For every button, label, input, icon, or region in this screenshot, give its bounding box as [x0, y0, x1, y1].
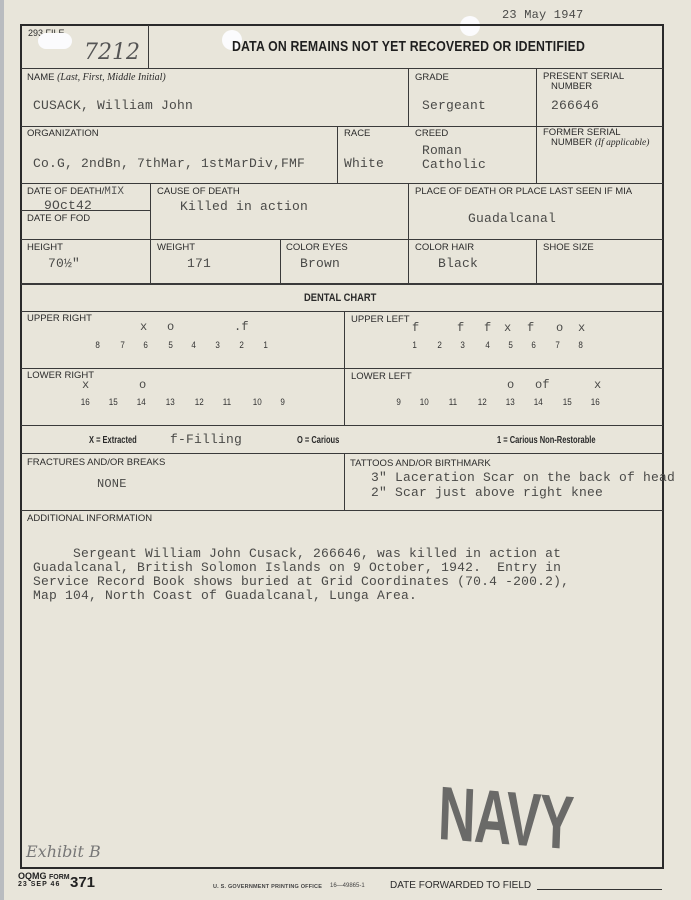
organization-value: Co.G, 2ndBn, 7thMar, 1stMarDiv,FMF — [33, 156, 305, 171]
tooth-mark: o — [139, 378, 146, 392]
tooth-number: 8 — [95, 340, 100, 351]
redaction-blot — [38, 33, 72, 49]
tattoos-line2: 2" Scar just above right knee — [371, 485, 603, 500]
former-serial-label: FORMER SERIAL NUMBER (If applicable) — [543, 128, 649, 148]
tooth-mark: x — [140, 320, 147, 334]
tooth-number: 10 — [420, 397, 429, 408]
tooth-mark: x — [504, 321, 511, 335]
place-of-death-value: Guadalcanal — [468, 211, 556, 226]
tooth-number: 10 — [253, 397, 262, 408]
document-page: 23 May 1947 293 FILE 7212 DATA ON REMAIN… — [0, 0, 691, 900]
tooth-number: 16 — [591, 397, 600, 408]
handwritten-exhibit: Exhibit B — [26, 842, 101, 861]
divider — [408, 183, 409, 283]
tooth-number: 8 — [578, 340, 583, 351]
tooth-number: 1 — [263, 340, 268, 351]
divider — [280, 239, 281, 283]
divider — [21, 453, 663, 454]
tooth-number: 5 — [508, 340, 513, 351]
tooth-number: 11 — [449, 397, 457, 408]
height-value: 70½" — [48, 256, 80, 271]
file-number-handwritten: 7212 — [84, 40, 140, 65]
date-of-death-label: DATE OF DEATH/MIX — [27, 186, 124, 198]
tooth-mark: o — [556, 321, 563, 335]
additional-info-label: ADDITIONAL INFORMATION — [27, 513, 152, 524]
fractures-label: FRACTURES AND/OR BREAKS — [27, 457, 165, 468]
upper-right-label: UPPER RIGHT — [27, 313, 92, 324]
additional-info-line: Service Record Book shows buried at Grid… — [33, 574, 569, 589]
tooth-number: 9 — [280, 397, 285, 408]
scan-edge — [0, 0, 4, 900]
tooth-number: 16 — [81, 397, 90, 408]
tooth-number: 14 — [137, 397, 146, 408]
tooth-number: 15 — [109, 397, 118, 408]
tooth-mark: .f — [234, 320, 249, 334]
divider — [21, 210, 150, 211]
race-label: RACE — [344, 128, 370, 139]
date-forwarded-label: DATE FORWARDED TO FIELD — [390, 880, 531, 891]
height-label: HEIGHT — [27, 242, 63, 253]
shoe-size-label: SHOE SIZE — [543, 242, 594, 253]
divider — [536, 239, 537, 283]
creed-label: CREED — [415, 128, 448, 139]
tooth-number: 12 — [195, 397, 204, 408]
place-of-death-label: PLACE OF DEATH OR PLACE LAST SEEN IF MIA — [415, 186, 632, 197]
divider — [150, 239, 151, 283]
grade-value: Sergeant — [422, 98, 486, 113]
weight-label: WEIGHT — [157, 242, 195, 253]
tooth-mark: x — [594, 378, 601, 392]
name-label: NAME (Last, First, Middle Initial) — [27, 72, 166, 83]
divider — [344, 453, 345, 510]
color-eyes-value: Brown — [300, 256, 340, 271]
divider — [21, 425, 663, 426]
additional-info-line: Sergeant William John Cusack, 266646, wa… — [33, 546, 561, 561]
present-serial-label: PRESENT SERIAL NUMBER — [543, 72, 624, 92]
tattoos-line1: 3" Laceration Scar on the back of head — [371, 470, 675, 485]
tooth-number: 6 — [531, 340, 536, 351]
present-serial-value: 266646 — [551, 98, 599, 113]
tooth-number: 11 — [223, 397, 231, 408]
race-value: White — [344, 156, 384, 171]
form-frame — [20, 24, 664, 869]
organization-label: ORGANIZATION — [27, 128, 99, 139]
tooth-mark: x — [578, 321, 585, 335]
tooth-number: 13 — [506, 397, 515, 408]
print-code: 16—49865-1 — [330, 883, 365, 889]
tooth-number: 7 — [555, 340, 560, 351]
divider — [21, 183, 663, 184]
lower-left-label: LOWER LEFT — [351, 371, 412, 382]
navy-stamp: NAVY — [437, 770, 574, 867]
tooth-number: 2 — [239, 340, 244, 351]
divider — [21, 368, 663, 369]
tooth-mark: o — [167, 320, 174, 334]
date-forwarded-field[interactable] — [537, 889, 662, 890]
name-value: CUSACK, William John — [33, 98, 193, 113]
creed-value-line1: Roman — [422, 143, 462, 158]
tooth-number: 1 — [412, 340, 417, 351]
tooth-mark: f — [457, 321, 464, 335]
divider — [21, 68, 663, 69]
tooth-mark: f — [484, 321, 491, 335]
tooth-mark: of — [535, 378, 550, 392]
tooth-mark: x — [82, 378, 89, 392]
divider — [408, 68, 409, 126]
divider — [21, 311, 663, 312]
form-title: DATA ON REMAINS NOT YET RECOVERED OR IDE… — [232, 38, 585, 55]
upper-left-label: UPPER LEFT — [351, 314, 410, 325]
tooth-number: 12 — [478, 397, 487, 408]
legend-filling: f-Filling — [170, 432, 242, 447]
tooth-number: 2 — [437, 340, 442, 351]
divider — [21, 510, 663, 511]
tooth-number: 3 — [215, 340, 220, 351]
divider — [337, 126, 338, 183]
cause-of-death-value: Killed in action — [180, 199, 308, 214]
additional-info-line: Guadalcanal, British Solomon Islands on … — [33, 560, 561, 575]
color-hair-value: Black — [438, 256, 478, 271]
date-of-fod-label: DATE OF FOD — [27, 213, 90, 224]
printing-office: U. S. GOVERNMENT PRINTING OFFICE — [213, 884, 322, 890]
tooth-number: 4 — [485, 340, 490, 351]
tooth-number: 13 — [166, 397, 175, 408]
dental-chart-title: DENTAL CHART — [304, 292, 376, 304]
tooth-number: 7 — [120, 340, 125, 351]
divider — [150, 183, 151, 239]
tooth-mark: o — [507, 378, 514, 392]
cause-of-death-label: CAUSE OF DEATH — [157, 186, 240, 197]
tooth-mark: f — [412, 321, 419, 335]
document-date: 23 May 1947 — [502, 8, 583, 22]
legend-carious: O = Carious — [297, 435, 339, 446]
tooth-number: 6 — [143, 340, 148, 351]
tooth-number: 5 — [168, 340, 173, 351]
legend-extracted: X = Extracted — [89, 435, 137, 446]
grade-label: GRADE — [415, 72, 449, 83]
color-hair-label: COLOR HAIR — [415, 242, 474, 253]
tooth-number: 9 — [396, 397, 401, 408]
legend-non-restorable: 1 = Carious Non-Restorable — [497, 435, 596, 446]
creed-value-line2: Catholic — [422, 157, 486, 172]
weight-value: 171 — [187, 256, 211, 271]
divider — [148, 25, 149, 68]
tooth-number: 4 — [191, 340, 196, 351]
additional-info-line: Map 104, North Coast of Guadalcanal, Lun… — [33, 588, 417, 603]
tooth-number: 14 — [534, 397, 543, 408]
tooth-number: 15 — [563, 397, 572, 408]
divider — [21, 239, 663, 240]
tooth-number: 3 — [460, 340, 465, 351]
fractures-value: NONE — [97, 477, 127, 491]
divider — [21, 283, 663, 285]
tattoos-label: TATTOOS AND/OR BIRTHMARK — [350, 458, 491, 469]
color-eyes-label: COLOR EYES — [286, 242, 348, 253]
tooth-mark: f — [527, 321, 534, 335]
